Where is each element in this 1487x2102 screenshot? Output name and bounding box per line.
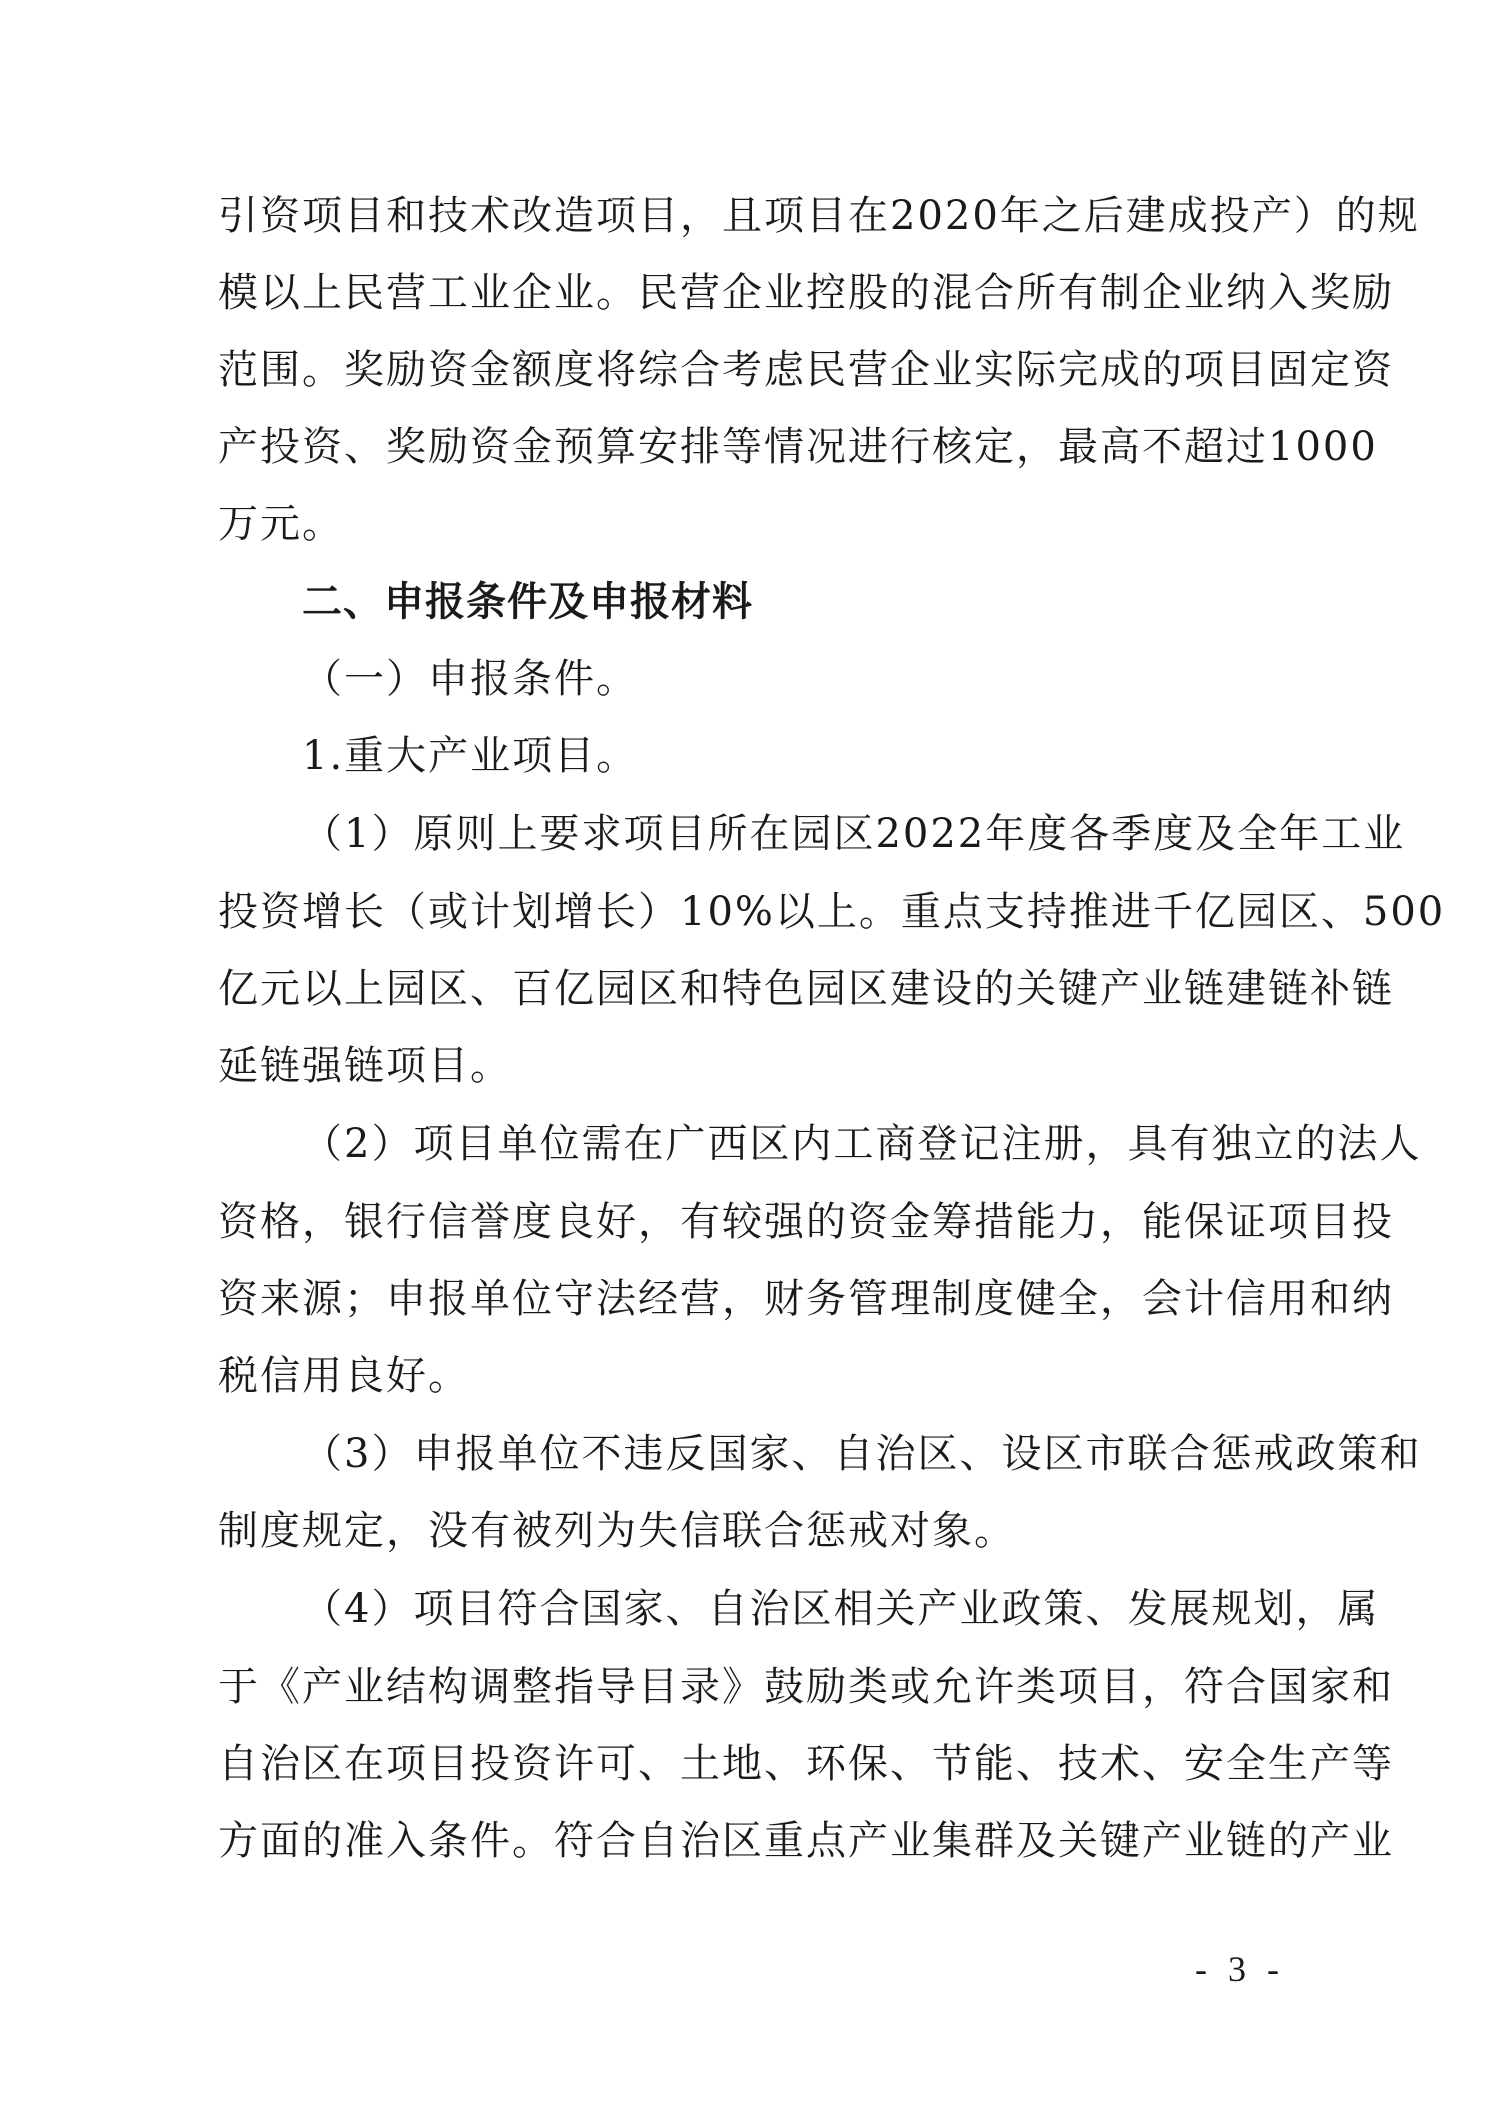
- clause-2-line-1: （2）项目单位需在广西区内工商登记注册，具有独立的法人: [302, 1114, 1284, 1174]
- body-line-2: 模以上民营工业企业。民营企业控股的混合所有制企业纳入奖励: [218, 263, 1284, 323]
- section-heading: 二、申报条件及申报材料: [302, 572, 753, 632]
- clause-4-line-2: 于《产业结构调整指导目录》鼓励类或允许类项目，符合国家和: [218, 1657, 1284, 1717]
- body-line-3: 范围。奖励资金额度将综合考虑民营企业实际完成的项目固定资: [218, 340, 1284, 400]
- clause-1-line-4: 延链强链项目。: [218, 1036, 512, 1096]
- clause-1-line-1: （1）原则上要求项目所在园区2022年度各季度及全年工业: [302, 804, 1284, 864]
- clause-4-line-1: （4）项目符合国家、自治区相关产业政策、发展规划，属: [302, 1579, 1284, 1639]
- clause-2-line-2: 资格，银行信誉度良好，有较强的资金筹措能力，能保证项目投: [218, 1192, 1284, 1252]
- page-number: - 3 -: [1195, 1945, 1285, 1993]
- clause-1-line-3: 亿元以上园区、百亿园区和特色园区建设的关键产业链建链补链: [218, 959, 1284, 1019]
- body-line-4: 产投资、奖励资金预算安排等情况进行核定，最高不超过1000: [218, 417, 1284, 477]
- clause-4-line-4: 方面的准入条件。符合自治区重点产业集群及关键产业链的产业: [218, 1811, 1284, 1871]
- clause-2-line-4: 税信用良好。: [218, 1346, 470, 1406]
- body-line-5: 万元。: [218, 494, 344, 554]
- subsection-heading: （一）申报条件。: [302, 649, 638, 709]
- body-line-1: 引资项目和技术改造项目，且项目在2020年之后建成投产）的规: [218, 186, 1284, 246]
- clause-3-line-2: 制度规定，没有被列为失信联合惩戒对象。: [218, 1501, 1016, 1561]
- clause-1-line-2: 投资增长（或计划增长）10%以上。重点支持推进千亿园区、500: [218, 882, 1284, 942]
- clause-2-line-3: 资来源；申报单位守法经营，财务管理制度健全，会计信用和纳: [218, 1269, 1284, 1329]
- clause-4-line-3: 自治区在项目投资许可、土地、环保、节能、技术、安全生产等: [218, 1734, 1284, 1794]
- clause-3-line-1: （3）申报单位不违反国家、自治区、设区市联合惩戒政策和: [302, 1424, 1284, 1484]
- item-heading: 1.重大产业项目。: [302, 726, 638, 786]
